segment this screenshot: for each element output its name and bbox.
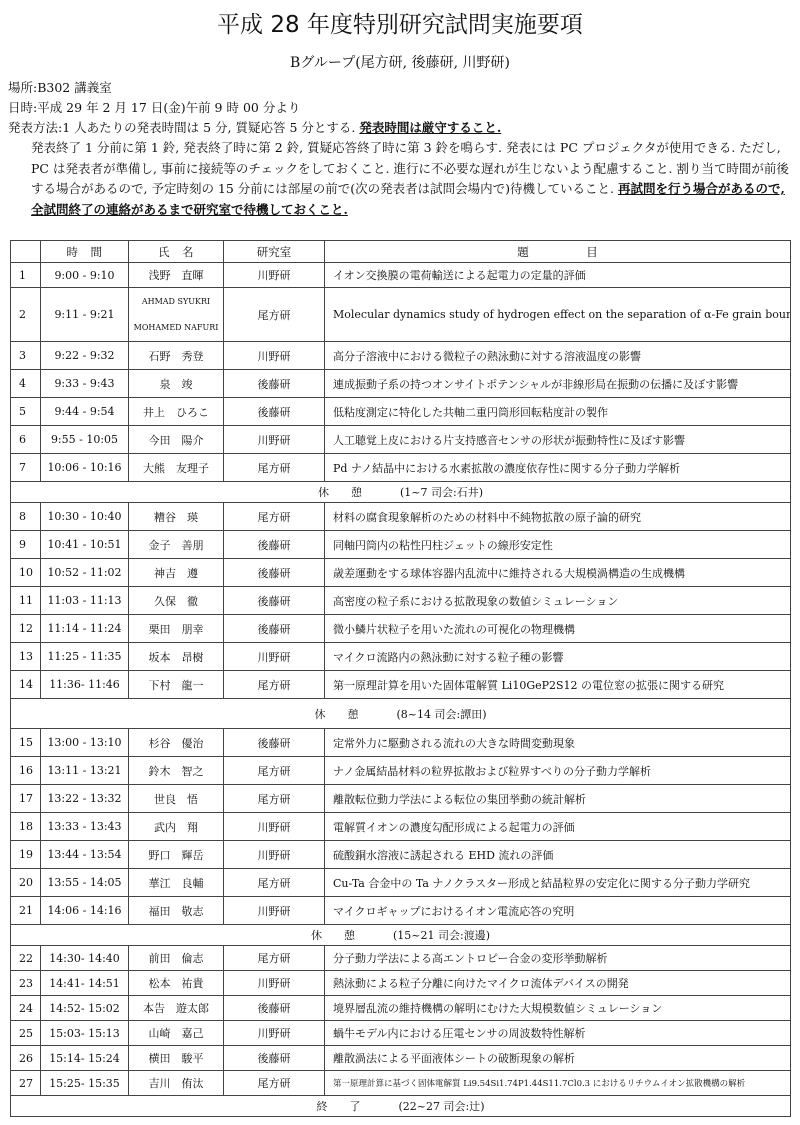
row-title: イオン交換膜の電荷輸送による起電力の定量的評価 bbox=[325, 263, 791, 288]
row-lab: 川野研 bbox=[224, 426, 325, 454]
row-no: 3 bbox=[11, 342, 41, 370]
row-time: 15:25- 15:35 bbox=[41, 1071, 129, 1096]
table-row: 710:06 - 10:16大熊 友理子尾方研Pd ナノ結晶中における水素拡散の… bbox=[11, 454, 791, 482]
break-row: 休 憩(8~14 司会:譚田) bbox=[11, 699, 791, 729]
row-time: 14:41- 14:51 bbox=[41, 971, 129, 996]
row-title: 低粘度測定に特化した共軸二重円筒形回転粘度計の製作 bbox=[325, 398, 791, 426]
row-time: 10:30 - 10:40 bbox=[41, 503, 129, 531]
row-title: 人工聴覚上皮における片支持感音センサの形状が振動特性に及ぼす影響 bbox=[325, 426, 791, 454]
row-title: 材料の腐食現象解析のための材料中不純物拡散の原子論的研究 bbox=[325, 503, 791, 531]
row-time: 13:44 - 13:54 bbox=[41, 841, 129, 869]
break-note: (15~21 司会:渡邊) bbox=[393, 929, 490, 942]
row-lab: 後藤研 bbox=[224, 729, 325, 757]
row-lab: 後藤研 bbox=[224, 370, 325, 398]
row-no: 19 bbox=[11, 841, 41, 869]
header-no bbox=[11, 241, 41, 263]
row-name: 野口 輝岳 bbox=[129, 841, 224, 869]
row-no: 8 bbox=[11, 503, 41, 531]
row-title: 定常外力に駆動される流れの大きな時間変動現象 bbox=[325, 729, 791, 757]
row-time: 9:11 - 9:21 bbox=[41, 288, 129, 342]
row-title: 離散転位動力学法による転位の集団挙動の統計解析 bbox=[325, 785, 791, 813]
break-row: 休 憩(1~7 司会:石井) bbox=[11, 482, 791, 503]
header-lab: 研究室 bbox=[224, 241, 325, 263]
row-name: 山崎 嘉己 bbox=[129, 1021, 224, 1046]
table-row: 1613:11 - 13:21鈴木 智之尾方研ナノ金属結晶材料の粒界拡散および粒… bbox=[11, 757, 791, 785]
row-time: 9:55 - 10:05 bbox=[41, 426, 129, 454]
row-no: 21 bbox=[11, 897, 41, 925]
row-no: 2 bbox=[11, 288, 41, 342]
row-title: 熱泳動による粒子分離に向けたマイクロ流体デバイスの開発 bbox=[325, 971, 791, 996]
row-lab: 尾方研 bbox=[224, 785, 325, 813]
table-row: 1211:14 - 11:24栗田 朋幸後藤研微小鱗片状粒子を用いた流れの可視化… bbox=[11, 615, 791, 643]
row-name: AHMAD SYUKRIMOHAMED NAFURI bbox=[129, 288, 224, 342]
row-title: 電解質イオンの濃度勾配形成による起電力の評価 bbox=[325, 813, 791, 841]
row-no: 22 bbox=[11, 946, 41, 971]
break-cell: 休 憩(15~21 司会:渡邊) bbox=[11, 925, 791, 946]
row-lab: 後藤研 bbox=[224, 1046, 325, 1071]
row-lab: 川野研 bbox=[224, 841, 325, 869]
row-lab: 尾方研 bbox=[224, 454, 325, 482]
row-lab: 尾方研 bbox=[224, 503, 325, 531]
row-lab: 尾方研 bbox=[224, 946, 325, 971]
row-no: 25 bbox=[11, 1021, 41, 1046]
row-lab: 後藤研 bbox=[224, 615, 325, 643]
row-name: 金子 善朋 bbox=[129, 531, 224, 559]
table-row: 1411:36- 11:46下村 龍一尾方研第一原理計算を用いた固体電解質 Li… bbox=[11, 671, 791, 699]
table-row: 69:55 - 10:05今田 陽介川野研人工聴覚上皮における片支持感音センサの… bbox=[11, 426, 791, 454]
table-row: 2013:55 - 14:05華江 良輔尾方研Cu-Ta 合金中の Ta ナノク… bbox=[11, 869, 791, 897]
row-time: 9:44 - 9:54 bbox=[41, 398, 129, 426]
row-time: 15:03- 15:13 bbox=[41, 1021, 129, 1046]
header-title: 題 目 bbox=[325, 241, 791, 263]
break-label: 休 憩 bbox=[311, 929, 355, 942]
method-text: 発表方法:1 人あたりの発表時間は 5 分, 質疑応答 5 分とする. bbox=[8, 120, 359, 135]
row-name: 吉川 侑汰 bbox=[129, 1071, 224, 1096]
row-time: 9:33 - 9:43 bbox=[41, 370, 129, 398]
row-title: 蝸牛モデル内における圧電センサの周波数特性解析 bbox=[325, 1021, 791, 1046]
end-row: 終 了(22~27 司会:辻) bbox=[11, 1096, 791, 1117]
row-time: 14:52- 15:02 bbox=[41, 996, 129, 1021]
row-name-line1: AHMAD SYUKRI bbox=[133, 289, 219, 315]
row-name: 松本 祐貴 bbox=[129, 971, 224, 996]
row-title: 連成振動子系の持つオンサイトポテンシャルが非線形局在振動の伝播に及ぼす影響 bbox=[325, 370, 791, 398]
row-title: 歳差運動をする球体容器内乱流中に維持される大規模渦構造の生成機構 bbox=[325, 559, 791, 587]
table-row: 2414:52- 15:02本告 遊太郎後藤研境界層乱流の維持機構の解明にむけた… bbox=[11, 996, 791, 1021]
table-row: 2114:06 - 14:16福田 敬志川野研マイクロギャップにおけるイオン電流… bbox=[11, 897, 791, 925]
row-name: 井上 ひろこ bbox=[129, 398, 224, 426]
row-name: 杉谷 優治 bbox=[129, 729, 224, 757]
header-name: 氏 名 bbox=[129, 241, 224, 263]
table-row: 1813:33 - 13:43武内 翔川野研電解質イオンの濃度勾配形成による起電… bbox=[11, 813, 791, 841]
row-name: 久保 徹 bbox=[129, 587, 224, 615]
table-row: 1111:03 - 11:13久保 徹後藤研高密度の粒子系における拡散現象の数値… bbox=[11, 587, 791, 615]
row-time: 11:36- 11:46 bbox=[41, 671, 129, 699]
row-no: 20 bbox=[11, 869, 41, 897]
row-no: 16 bbox=[11, 757, 41, 785]
row-name: 今田 陽介 bbox=[129, 426, 224, 454]
table-row: 1010:52 - 11:02神吉 遵後藤研歳差運動をする球体容器内乱流中に維持… bbox=[11, 559, 791, 587]
table-row: 2314:41- 14:51松本 祐貴川野研熱泳動による粒子分離に向けたマイクロ… bbox=[11, 971, 791, 996]
row-title: 硫酸銅水溶液に誘起される EHD 流れの評価 bbox=[325, 841, 791, 869]
break-label: 休 憩 bbox=[315, 708, 359, 721]
row-no: 1 bbox=[11, 263, 41, 288]
table-row: 2515:03- 15:13山崎 嘉己川野研蝸牛モデル内における圧電センサの周波… bbox=[11, 1021, 791, 1046]
row-title: Cu-Ta 合金中の Ta ナノクラスター形成と結晶粒界の安定化に関する分子動力… bbox=[325, 869, 791, 897]
row-name: 華江 良輔 bbox=[129, 869, 224, 897]
row-title: Molecular dynamics study of hydrogen eff… bbox=[325, 288, 791, 342]
row-no: 14 bbox=[11, 671, 41, 699]
method-line: 発表方法:1 人あたりの発表時間は 5 分, 質疑応答 5 分とする. 発表時間… bbox=[8, 118, 501, 136]
table-row: 59:44 - 9:54井上 ひろこ後藤研低粘度測定に特化した共軸二重円筒形回転… bbox=[11, 398, 791, 426]
place-line: 場所:B302 講義室 bbox=[8, 78, 112, 96]
row-no: 12 bbox=[11, 615, 41, 643]
row-name-line2: MOHAMED NAFURI bbox=[133, 315, 219, 341]
row-lab: 川野研 bbox=[224, 971, 325, 996]
row-lab: 後藤研 bbox=[224, 587, 325, 615]
row-name: 福田 敬志 bbox=[129, 897, 224, 925]
row-no: 7 bbox=[11, 454, 41, 482]
row-time: 14:30- 14:40 bbox=[41, 946, 129, 971]
row-no: 4 bbox=[11, 370, 41, 398]
row-title: 高分子溶液中における微粒子の熱泳動に対する溶液温度の影響 bbox=[325, 342, 791, 370]
row-lab: 川野研 bbox=[224, 342, 325, 370]
header-time: 時 間 bbox=[41, 241, 129, 263]
row-name: 栗田 朋幸 bbox=[129, 615, 224, 643]
break-cell: 休 憩(1~7 司会:石井) bbox=[11, 482, 791, 503]
break-row: 休 憩(15~21 司会:渡邊) bbox=[11, 925, 791, 946]
table-header-row: 時 間 氏 名 研究室 題 目 bbox=[11, 241, 791, 263]
row-lab: 尾方研 bbox=[224, 869, 325, 897]
row-name: 神吉 遵 bbox=[129, 559, 224, 587]
row-name: 浅野 直暉 bbox=[129, 263, 224, 288]
row-title: 境界層乱流の維持機構の解明にむけた大規模数値シミュレーション bbox=[325, 996, 791, 1021]
row-lab: 後藤研 bbox=[224, 559, 325, 587]
row-no: 23 bbox=[11, 971, 41, 996]
row-no: 10 bbox=[11, 559, 41, 587]
end-note: (22~27 司会:辻) bbox=[399, 1100, 485, 1113]
row-no: 24 bbox=[11, 996, 41, 1021]
row-time: 9:22 - 9:32 bbox=[41, 342, 129, 370]
table-row: 19:00 - 9:10浅野 直暉川野研イオン交換膜の電荷輸送による起電力の定量… bbox=[11, 263, 791, 288]
row-no: 15 bbox=[11, 729, 41, 757]
row-no: 18 bbox=[11, 813, 41, 841]
row-title: 高密度の粒子系における拡散現象の数値シミュレーション bbox=[325, 587, 791, 615]
row-name: 世良 悟 bbox=[129, 785, 224, 813]
row-no: 13 bbox=[11, 643, 41, 671]
row-title: 第一原理計算に基づく固体電解質 Li9.54Si1.74P1.44S11.7Cl… bbox=[325, 1071, 791, 1096]
row-time: 13:22 - 13:32 bbox=[41, 785, 129, 813]
method-emphasis: 発表時間は厳守すること. bbox=[359, 120, 501, 135]
break-note: (8~14 司会:譚田) bbox=[397, 708, 487, 721]
row-lab: 後藤研 bbox=[224, 531, 325, 559]
row-lab: 後藤研 bbox=[224, 398, 325, 426]
row-name: 糟谷 瑛 bbox=[129, 503, 224, 531]
row-lab: 川野研 bbox=[224, 897, 325, 925]
row-lab: 川野研 bbox=[224, 643, 325, 671]
row-name: 石野 秀登 bbox=[129, 342, 224, 370]
table-row: 1513:00 - 13:10杉谷 優治後藤研定常外力に駆動される流れの大きな時… bbox=[11, 729, 791, 757]
row-name: 下村 龍一 bbox=[129, 671, 224, 699]
table-row: 39:22 - 9:32石野 秀登川野研高分子溶液中における微粒子の熱泳動に対す… bbox=[11, 342, 791, 370]
row-time: 13:00 - 13:10 bbox=[41, 729, 129, 757]
row-time: 11:03 - 11:13 bbox=[41, 587, 129, 615]
row-lab: 川野研 bbox=[224, 813, 325, 841]
row-name: 武内 翔 bbox=[129, 813, 224, 841]
row-time: 10:52 - 11:02 bbox=[41, 559, 129, 587]
row-time: 10:41 - 10:51 bbox=[41, 531, 129, 559]
row-name: 本告 遊太郎 bbox=[129, 996, 224, 1021]
table-row: 2214:30- 14:40前田 倫志尾方研分子動力学法による高エントロピー合金… bbox=[11, 946, 791, 971]
break-cell: 休 憩(8~14 司会:譚田) bbox=[11, 699, 791, 729]
row-lab: 尾方研 bbox=[224, 288, 325, 342]
row-name: 坂本 昂樹 bbox=[129, 643, 224, 671]
table-row: 1311:25 - 11:35坂本 昂樹川野研マイクロ流路内の熱泳動に対する粒子… bbox=[11, 643, 791, 671]
row-time: 13:33 - 13:43 bbox=[41, 813, 129, 841]
end-cell: 終 了(22~27 司会:辻) bbox=[11, 1096, 791, 1117]
schedule-table: 時 間 氏 名 研究室 題 目 19:00 - 9:10浅野 直暉川野研イオン交… bbox=[10, 240, 791, 1117]
row-name: 大熊 友理子 bbox=[129, 454, 224, 482]
table-row: 1713:22 - 13:32世良 悟尾方研離散転位動力学法による転位の集団挙動… bbox=[11, 785, 791, 813]
table-row: 29:11 - 9:21AHMAD SYUKRIMOHAMED NAFURI尾方… bbox=[11, 288, 791, 342]
row-time: 15:14- 15:24 bbox=[41, 1046, 129, 1071]
break-note: (1~7 司会:石井) bbox=[400, 486, 483, 499]
row-time: 14:06 - 14:16 bbox=[41, 897, 129, 925]
table-row: 2715:25- 15:35吉川 侑汰尾方研第一原理計算に基づく固体電解質 Li… bbox=[11, 1071, 791, 1096]
row-time: 11:14 - 11:24 bbox=[41, 615, 129, 643]
table-row: 810:30 - 10:40糟谷 瑛尾方研材料の腐食現象解析のための材料中不純物… bbox=[11, 503, 791, 531]
row-time: 13:11 - 13:21 bbox=[41, 757, 129, 785]
row-time: 10:06 - 10:16 bbox=[41, 454, 129, 482]
row-no: 27 bbox=[11, 1071, 41, 1096]
row-title: 第一原理計算を用いた固体電解質 Li10GeP2S12 の電位窓の拡張に関する研… bbox=[325, 671, 791, 699]
row-lab: 川野研 bbox=[224, 263, 325, 288]
row-no: 17 bbox=[11, 785, 41, 813]
row-title: ナノ金属結晶材料の粒界拡散および粒界すべりの分子動力学解析 bbox=[325, 757, 791, 785]
row-title: Pd ナノ結晶中における水素拡散の濃度依存性に関する分子動力学解析 bbox=[325, 454, 791, 482]
row-title: マイクロギャップにおけるイオン電流応答の究明 bbox=[325, 897, 791, 925]
row-no: 11 bbox=[11, 587, 41, 615]
break-label: 休 憩 bbox=[318, 486, 362, 499]
row-no: 6 bbox=[11, 426, 41, 454]
row-lab: 尾方研 bbox=[224, 671, 325, 699]
row-time: 13:55 - 14:05 bbox=[41, 869, 129, 897]
row-title: 同軸円筒内の粘性円柱ジェットの線形安定性 bbox=[325, 531, 791, 559]
row-title: 離散渦法による平面液体シートの破断現象の解析 bbox=[325, 1046, 791, 1071]
table-row: 49:33 - 9:43泉 竣後藤研連成振動子系の持つオンサイトポテンシャルが非… bbox=[11, 370, 791, 398]
row-title: 微小鱗片状粒子を用いた流れの可視化の物理機構 bbox=[325, 615, 791, 643]
row-lab: 後藤研 bbox=[224, 996, 325, 1021]
table-row: 1913:44 - 13:54野口 輝岳川野研硫酸銅水溶液に誘起される EHD … bbox=[11, 841, 791, 869]
row-time: 9:00 - 9:10 bbox=[41, 263, 129, 288]
schedule-body: 19:00 - 9:10浅野 直暉川野研イオン交換膜の電荷輸送による起電力の定量… bbox=[11, 263, 791, 1117]
end-label: 終 了 bbox=[317, 1100, 361, 1113]
table-row: 2615:14- 15:24横田 駿平後藤研離散渦法による平面液体シートの破断現… bbox=[11, 1046, 791, 1071]
datetime-line: 日時:平成 29 年 2 月 17 日(金)午前 9 時 00 分より bbox=[8, 98, 300, 116]
row-lab: 尾方研 bbox=[224, 1071, 325, 1096]
group-subtitle: Bグループ(尾方研, 後藤研, 川野研) bbox=[0, 52, 800, 72]
row-lab: 尾方研 bbox=[224, 757, 325, 785]
row-name: 泉 竣 bbox=[129, 370, 224, 398]
row-no: 26 bbox=[11, 1046, 41, 1071]
row-time: 11:25 - 11:35 bbox=[41, 643, 129, 671]
row-name: 鈴木 智之 bbox=[129, 757, 224, 785]
document-title: 平成 28 年度特別研究試問実施要項 bbox=[0, 6, 800, 39]
row-name: 横田 駿平 bbox=[129, 1046, 224, 1071]
table-row: 910:41 - 10:51金子 善朋後藤研同軸円筒内の粘性円柱ジェットの線形安… bbox=[11, 531, 791, 559]
row-lab: 川野研 bbox=[224, 1021, 325, 1046]
row-title: マイクロ流路内の熱泳動に対する粒子種の影響 bbox=[325, 643, 791, 671]
row-name: 前田 倫志 bbox=[129, 946, 224, 971]
instructions-paragraph: 発表終了 1 分前に第 1 鈴, 発表終了時に第 2 鈴, 質疑応答終了時に第 … bbox=[31, 138, 796, 220]
row-no: 5 bbox=[11, 398, 41, 426]
row-title: 分子動力学法による高エントロピー合金の変形挙動解析 bbox=[325, 946, 791, 971]
row-no: 9 bbox=[11, 531, 41, 559]
